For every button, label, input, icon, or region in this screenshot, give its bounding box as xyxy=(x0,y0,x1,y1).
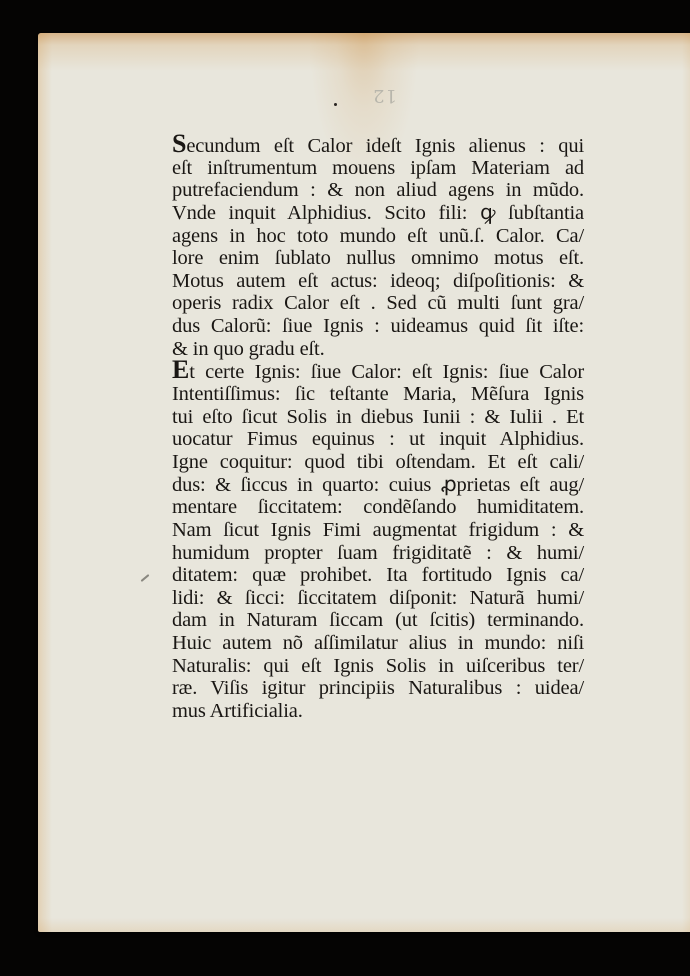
text-line: mus Artificialia. xyxy=(172,700,584,723)
initial-letter: S xyxy=(172,129,186,158)
text-line: Et certe Ignis: ſiue Calor: eſt Ignis: ſ… xyxy=(172,360,584,383)
text-line: eſt inſtrumentum mouens ipſam Materiam a… xyxy=(172,157,584,180)
text-line: Vnde inquit Alphidius. Scito fili: ꝙ ſub… xyxy=(172,202,584,225)
text-line: dus: & ſiccus in quarto: cuius ꝓprietas … xyxy=(172,474,584,497)
text-line: uocatur Fimus equinus : ut inquit Alphid… xyxy=(172,428,584,451)
body-text: Secundum eſt Calor ideſt Ignis alienus :… xyxy=(172,134,584,723)
text-line: Huic autem nõ aſſimilatur alius in mundo… xyxy=(172,632,584,655)
text-line: operis radix Calor eſt . Sed cũ multi ſu… xyxy=(172,292,584,315)
text-line: ræ. Viſis igitur principiis Naturalibus … xyxy=(172,677,584,700)
text-line: Intentiſſimus: ſic teſtante Maria, Mẽſur… xyxy=(172,383,584,406)
text-line: Nam ſicut Ignis Fimi augmentat frigidum … xyxy=(172,519,584,542)
text-line: mentare ſiccitatem: condẽſando humiditat… xyxy=(172,496,584,519)
ink-dot xyxy=(334,103,337,106)
scan-frame: 12 Secundum eſt Calor ideſt Ignis alienu… xyxy=(0,0,690,976)
text-line: & in quo gradu eſt. xyxy=(172,338,584,361)
text-line: Naturalis: qui eſt Ignis Solis in uiſcer… xyxy=(172,655,584,678)
text-line: humidum propter ſuam frigiditatẽ : & hum… xyxy=(172,542,584,565)
text-line: dam in Naturam ſiccam (ut ſcitis) termin… xyxy=(172,609,584,632)
text-line: agens in hoc toto mundo eſt unũ.ſ. Calor… xyxy=(172,225,584,248)
text-line: tui eſto ſicut Solis in diebus Iunii : &… xyxy=(172,406,584,429)
text-line: Igne coquitur: quod tibi oſtendam. Et eſ… xyxy=(172,451,584,474)
foxing-stain xyxy=(38,33,690,73)
text-line: dus Calorũ: ſiue Ignis : uideamus quid ſ… xyxy=(172,315,584,338)
text-line: putrefaciendum : & non aliud agens in mũ… xyxy=(172,179,584,202)
text-line: ditatem: quæ prohibet. Ita fortitudo Ign… xyxy=(172,564,584,587)
text-line: lore enim ſublato nullus omnimo motus eſ… xyxy=(172,247,584,270)
page-number: 12 xyxy=(372,85,397,106)
text-line: Motus autem eſt actus: ideoq; diſpoſitio… xyxy=(172,270,584,293)
initial-letter: E xyxy=(172,355,189,384)
text-line: Secundum eſt Calor ideſt Ignis alienus :… xyxy=(172,134,584,157)
text-line: lidi: & ſicci: ſiccitatem diſponit: Natu… xyxy=(172,587,584,610)
